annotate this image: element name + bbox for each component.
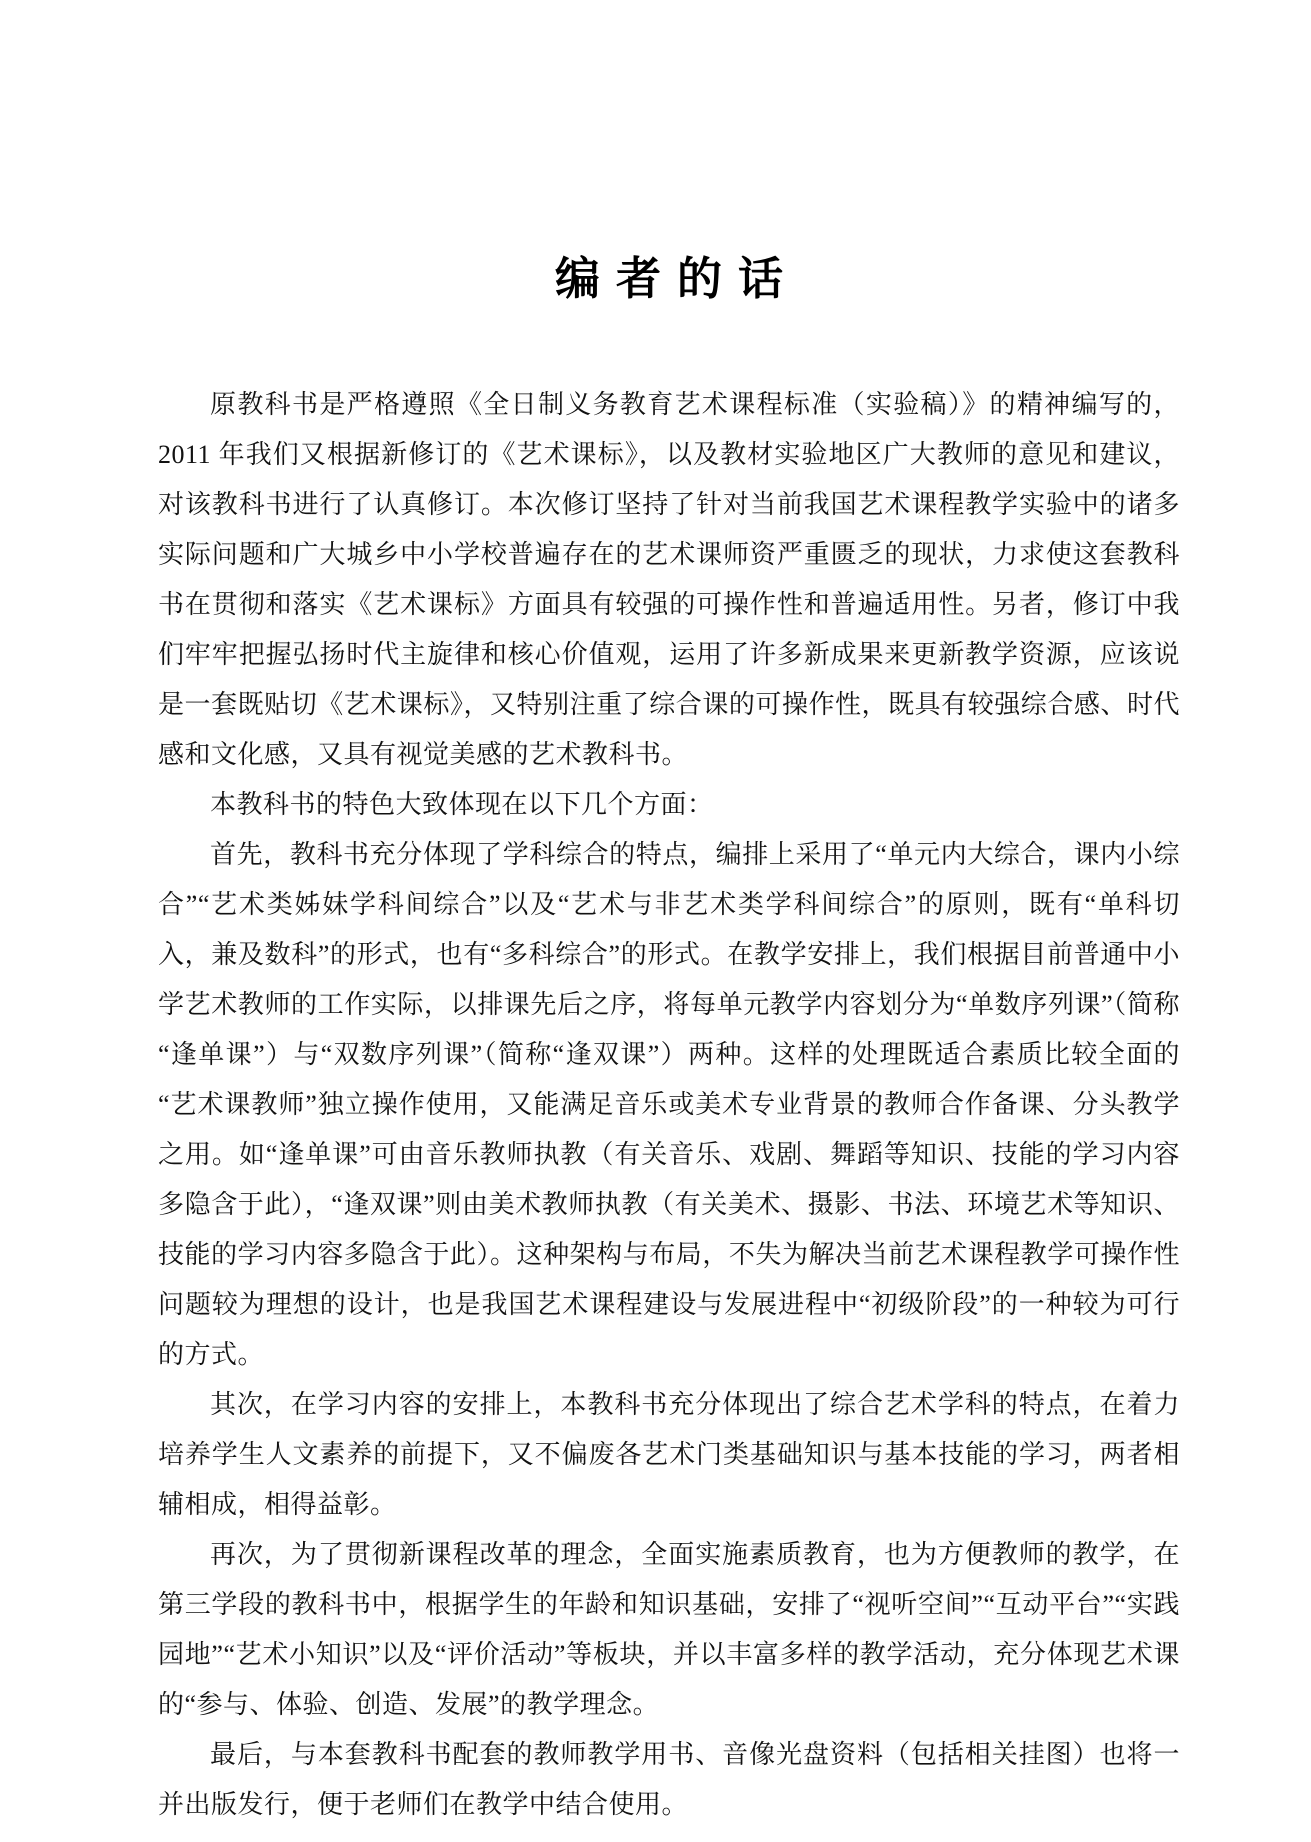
paragraph: 首先，教科书充分体现了学科综合的特点，编排上采用了“单元内大综合，课内小综合”“… (158, 830, 1180, 1380)
text-column: 编者的话 原教科书是严格遵照《全日制义务教育艺术课程标准（实验稿）》的精神编写的… (158, 0, 1180, 1830)
paragraph: 原教科书是严格遵照《全日制义务教育艺术课程标准（实验稿）》的精神编写的，2011… (158, 380, 1180, 780)
paragraph: 其次，在学习内容的安排上，本教科书充分体现出了综合艺术学科的特点，在着力培养学生… (158, 1380, 1180, 1530)
document-body: 原教科书是严格遵照《全日制义务教育艺术课程标准（实验稿）》的精神编写的，2011… (158, 380, 1180, 1830)
paragraph: 最后，与本套教科书配套的教师教学用书、音像光盘资料（包括相关挂图）也将一并出版发… (158, 1730, 1180, 1830)
book-preface-page: 编者的话 原教科书是严格遵照《全日制义务教育艺术课程标准（实验稿）》的精神编写的… (0, 0, 1311, 1842)
paragraph: 本教科书的特色大致体现在以下几个方面： (158, 780, 1180, 830)
paragraph: 再次，为了贯彻新课程改革的理念，全面实施素质教育，也为方便教师的教学，在第三学段… (158, 1530, 1180, 1730)
page-title: 编者的话 (158, 250, 1180, 308)
